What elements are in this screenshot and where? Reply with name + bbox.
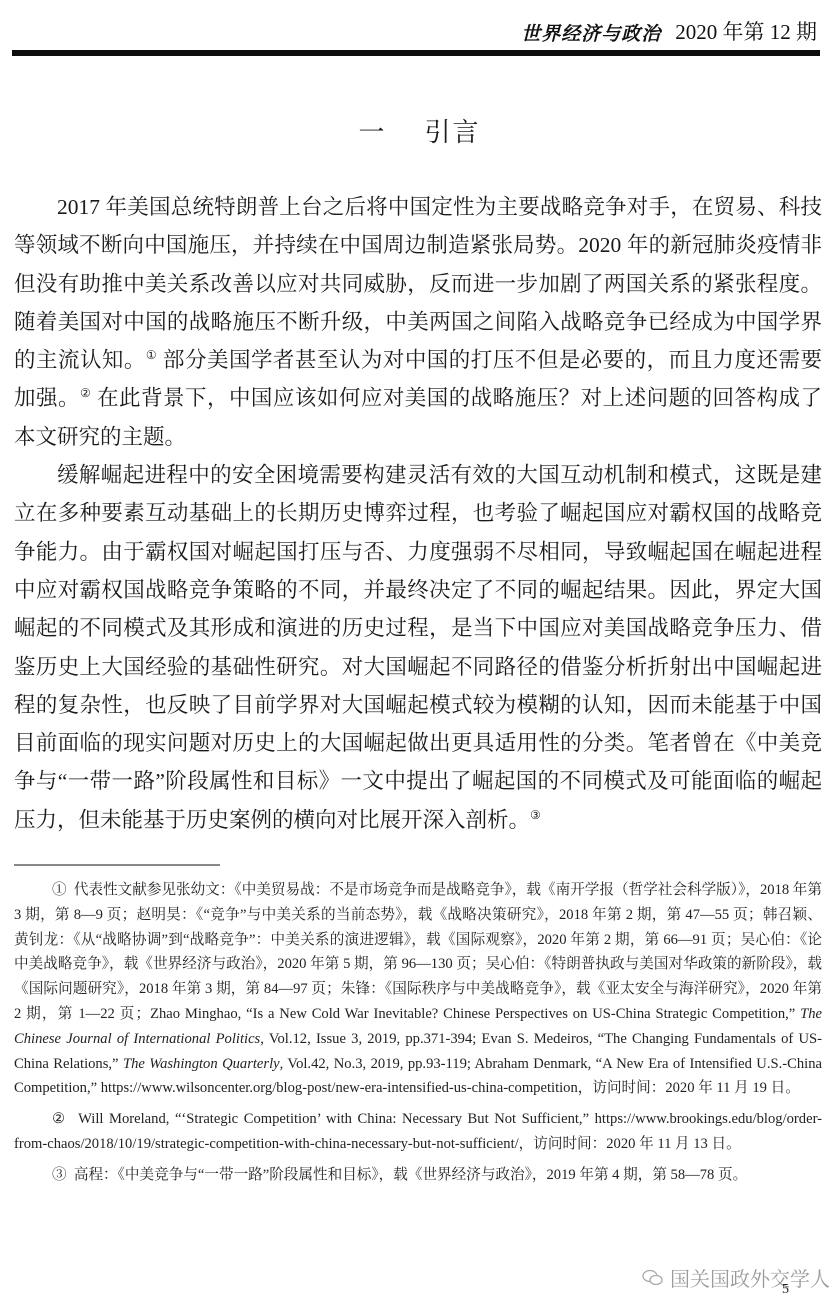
section-number: 一 (358, 118, 386, 148)
footnote-mark: ② (52, 1111, 67, 1127)
footnote-ref[interactable]: ① (146, 348, 157, 362)
issue-label: 2020 年第 12 期 (675, 16, 817, 46)
page-number: 5 (782, 1282, 789, 1298)
paragraph: 缓解崛起进程中的安全困境需要构建灵活有效的大国互动机制和模式，这既是建立在多种要… (14, 456, 822, 839)
footnote-2: ② Will Moreland, “‘Strategic Competition… (14, 1107, 822, 1157)
paragraph-text: 在此背景下，中国应该如何应对美国的战略施压？对上述问题的回答构成了本文研究的主题… (14, 386, 822, 448)
section-title: 一引言 (0, 112, 839, 149)
footnotes: ① 代表性文献参见张幼文：《中美贸易战：不是市场竞争而是战略竞争》，载《南开学报… (14, 878, 822, 1194)
footnote-mark: ③ (52, 1167, 67, 1183)
wechat-icon (642, 1269, 664, 1287)
footnote-text: 代表性文献参见张幼文：《中美贸易战：不是市场竞争而是战略竞争》，载《南开学报（哲… (14, 882, 822, 1022)
paragraph: 2017 年美国总统特朗普上台之后将中国定性为主要战略竞争对手，在贸易、科技等领… (14, 188, 822, 456)
journal-name: 世界经济与政治 (521, 19, 661, 46)
main-text: 2017 年美国总统特朗普上台之后将中国定性为主要战略竞争对手，在贸易、科技等领… (14, 188, 822, 839)
section-title-text: 引言 (425, 118, 481, 148)
footnote-mark: ① (52, 882, 67, 898)
paragraph-text: 2017 年美国总统特朗普上台之后将中国定性为主要战略竞争对手，在贸易、科技等领… (14, 195, 822, 372)
watermark-text: 国关国政外交学人 (670, 1263, 830, 1292)
journal-title: The Washington Quarterly (123, 1056, 280, 1072)
footnote-text: 高程：《中美竞争与“一带一路”阶段属性和目标》，载《世界经济与政治》，2019 … (74, 1167, 747, 1183)
paragraph-text: 缓解崛起进程中的安全困境需要构建灵活有效的大国互动机制和模式，这既是建立在多种要… (14, 463, 822, 832)
running-header: 世界经济与政治 2020 年第 12 期 (521, 14, 817, 46)
footnote-3: ③ 高程：《中美竞争与“一带一路”阶段属性和目标》，载《世界经济与政治》，201… (14, 1163, 822, 1188)
footnote-ref[interactable]: ③ (530, 808, 541, 822)
footnote-divider (14, 864, 220, 866)
footnote-ref[interactable]: ② (80, 386, 91, 400)
footnote-text: Will Moreland, “‘Strategic Competition’ … (14, 1111, 822, 1152)
footnote-1: ① 代表性文献参见张幼文：《中美贸易战：不是市场竞争而是战略竞争》，载《南开学报… (14, 878, 822, 1101)
watermark: 国关国政外交学人 (642, 1263, 830, 1292)
header-rule (12, 50, 820, 56)
